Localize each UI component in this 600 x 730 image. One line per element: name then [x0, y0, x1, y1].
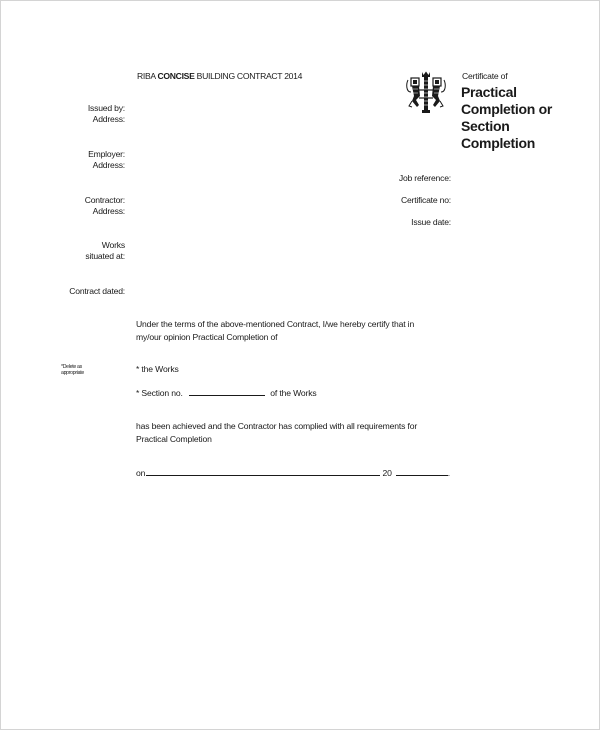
completion-year-field[interactable]: [396, 466, 448, 476]
intro-line: Under the terms of the above-mentioned C…: [136, 318, 466, 331]
works-block: Works situated at:: [31, 240, 125, 262]
end-period: .: [448, 468, 450, 478]
achieved-paragraph: has been achieved and the Contractor has…: [136, 420, 466, 446]
issued-by-block: Issued by: Address:: [31, 103, 125, 125]
contractor-block: Contractor: Address:: [31, 195, 125, 217]
year-prefix: 20: [383, 468, 392, 478]
certificate-page: RIBA CONCISE BUILDING CONTRACT 2014: [0, 0, 600, 730]
job-reference-label: Job reference:: [331, 173, 451, 183]
completion-date-field[interactable]: [146, 466, 380, 476]
achieved-line: Practical Completion: [136, 433, 466, 446]
certificate-title-line: Completion or: [461, 101, 591, 118]
employer-label: Employer:: [31, 149, 125, 160]
certificate-kicker: Certificate of: [462, 71, 507, 81]
completion-date-row: on 20.: [136, 466, 450, 480]
delete-note: *Delete as appropriate: [61, 364, 111, 376]
riba-crest-icon: [403, 70, 449, 114]
option-the-works: * the Works: [136, 363, 179, 376]
contract-suffix: BUILDING CONTRACT 2014: [197, 71, 302, 81]
option-section: * Section no. of the Works: [136, 386, 317, 400]
issued-by-address-label: Address:: [31, 114, 125, 125]
employer-address-label: Address:: [31, 160, 125, 171]
achieved-line: has been achieved and the Contractor has…: [136, 420, 466, 433]
issued-by-label: Issued by:: [31, 103, 125, 114]
certificate-title: Practical Completion or Section Completi…: [461, 84, 591, 152]
contractor-address-label: Address:: [31, 206, 125, 217]
works-label: Works: [31, 240, 125, 251]
section-number-field[interactable]: [189, 386, 265, 396]
employer-block: Employer: Address:: [31, 149, 125, 171]
contractor-label: Contractor:: [31, 195, 125, 206]
intro-line: my/our opinion Practical Completion of: [136, 331, 466, 344]
contract-dated-label: Contract dated:: [31, 286, 125, 297]
contract-prefix: RIBA: [137, 71, 155, 81]
certificate-no-label: Certificate no:: [331, 195, 451, 205]
section-suffix: of the Works: [270, 388, 316, 398]
issue-date-label: Issue date:: [331, 217, 451, 227]
certificate-title-line: Completion: [461, 135, 591, 152]
note-line: appropriate: [61, 370, 111, 376]
certificate-title-line: Practical: [461, 84, 591, 101]
on-label: on: [136, 468, 145, 478]
works-situated-label: situated at:: [31, 251, 125, 262]
intro-paragraph: Under the terms of the above-mentioned C…: [136, 318, 466, 344]
certificate-title-line: Section: [461, 118, 591, 135]
contract-bold: CONCISE: [157, 71, 194, 81]
contract-title: RIBA CONCISE BUILDING CONTRACT 2014: [137, 71, 302, 81]
section-prefix: * Section no.: [136, 388, 183, 398]
